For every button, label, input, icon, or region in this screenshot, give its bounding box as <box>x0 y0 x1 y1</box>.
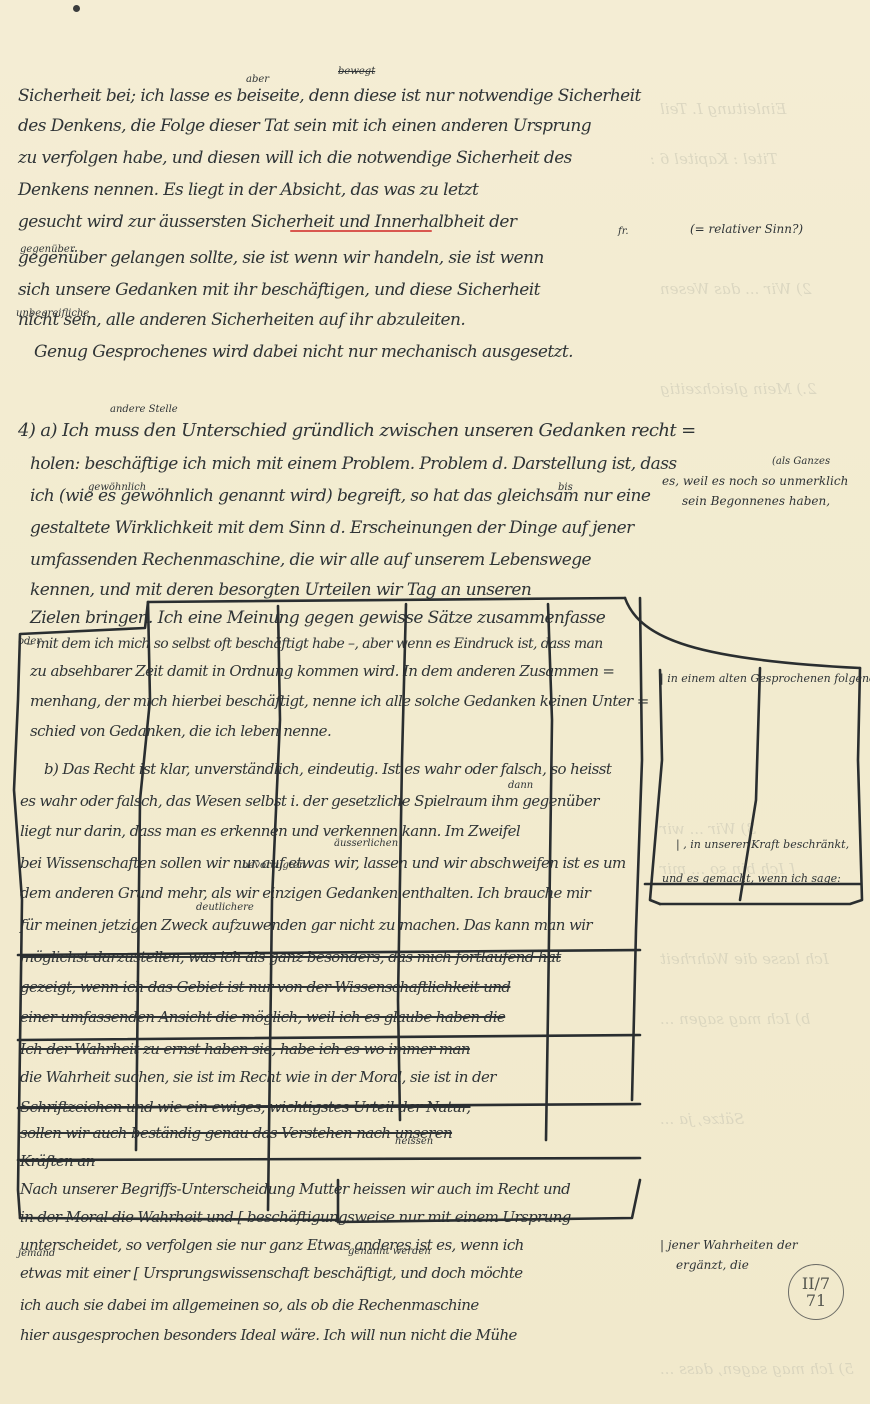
manuscript-line: bei Wissenschaften sollen wir nur auf et… <box>20 854 626 872</box>
manuscript-line-struck: möglichst darzustellen, was ich als ganz… <box>20 948 561 966</box>
manuscript-line: dem anderen Grund mehr, als wir einzigen… <box>20 884 590 902</box>
insertion-deutlichere: deutlichere <box>196 902 254 913</box>
manuscript-line-struck: Ich der Wahrheit zu ernst haben sie, hab… <box>20 1040 470 1058</box>
margin-note: | in einem alten Gesprochenen folgend <box>660 672 870 685</box>
bleed-through-text: Ich lasse die Wahrheit <box>660 950 829 968</box>
manuscript-line: nicht sein, alle anderen Sicherheiten au… <box>18 310 465 330</box>
bleed-through-text: Titel : Kapitel 6 : <box>650 150 777 168</box>
manuscript-line: holen: beschäftige ich mich mit einem Pr… <box>30 454 676 474</box>
margin-note: ergänzt, die <box>676 1258 749 1272</box>
manuscript-line-struck: sollen wir auch beständig genau das Vers… <box>20 1124 452 1142</box>
manuscript-line: des Denkens, die Folge dieser Tat sein m… <box>18 116 591 136</box>
margin-note: (= relativer Sinn?) <box>690 222 803 236</box>
ink-dot <box>73 5 80 12</box>
bleed-through-text: 2) Wir ... das Wesen <box>660 280 811 298</box>
manuscript-page: Einleitung I. Teil Titel : Kapitel 6 : 2… <box>0 0 870 1404</box>
manuscript-line: unterscheidet, so verfolgen sie nur ganz… <box>20 1236 524 1254</box>
manuscript-line: Zielen bringen. Ich eine Meinung gegen g… <box>30 608 605 628</box>
manuscript-line-struck: gezeigt, wenn ich das Gebiet ist nur von… <box>20 978 510 996</box>
insertion-aber: aber <box>246 74 269 85</box>
bleed-through-text: 3) Wir ... wir <box>660 820 756 838</box>
manuscript-line: Denkens nennen. Es liegt in der Absicht,… <box>18 180 478 200</box>
insertion-andere-stelle: andere Stelle <box>110 404 178 415</box>
bleed-through-text: Sätze, ja ... <box>660 1110 744 1128</box>
manuscript-line: sich unsere Gedanken mit ihr beschäftige… <box>18 280 540 300</box>
manuscript-line: Genug Gesprochenes wird dabei nicht nur … <box>34 342 573 362</box>
manuscript-line: gesucht wird zur äussersten Sicherheit u… <box>18 212 516 232</box>
manuscript-line-struck: Schriftzeichen und wie ein ewiges, wicht… <box>20 1098 470 1116</box>
manuscript-line: 4) a) Ich muss den Unterschied gründlich… <box>18 420 696 441</box>
manuscript-line-struck: einer umfassenden Ansicht die möglich, w… <box>20 1008 505 1026</box>
manuscript-line: b) Das Recht ist klar, unverständlich, e… <box>44 760 611 778</box>
insertion-fr: fr. <box>618 226 629 237</box>
bleed-through-text: 2.) Mein gleichzeitig <box>660 380 817 398</box>
manuscript-line: die Wahrheit suchen, sie ist im Recht wi… <box>20 1068 496 1086</box>
manuscript-line-struck: Kräften an <box>20 1152 95 1170</box>
manuscript-line: gestaltete Wirklichkeit mit dem Sinn d. … <box>30 518 634 538</box>
manuscript-line: umfassenden Rechenmaschine, die wir alle… <box>30 550 591 570</box>
archive-page-stamp: II/7 71 <box>788 1264 844 1320</box>
insertion-dann: dann <box>508 780 533 791</box>
manuscript-line: Sicherheit bei; ich lasse es beiseite, d… <box>18 86 641 106</box>
stamp-line-2: 71 <box>806 1292 826 1309</box>
manuscript-line: zu verfolgen habe, und diesen will ich d… <box>18 148 572 168</box>
manuscript-line: für meinen jetzigen Zweck aufzuwenden ga… <box>20 916 592 934</box>
manuscript-line: liegt nur darin, dass man es erkennen un… <box>20 822 520 840</box>
manuscript-line: gegenüber gelangen sollte, sie ist wenn … <box>18 248 544 268</box>
manuscript-line: in der Moral die Wahrheit und [ beschäft… <box>20 1208 571 1226</box>
manuscript-line: schied von Gedanken, die ich leben nenne… <box>30 722 331 740</box>
manuscript-line: etwas mit einer [ Ursprungswissenschaft … <box>20 1264 523 1282</box>
bleed-through-text: Einleitung I. Teil <box>660 100 786 118</box>
manuscript-line: ich auch sie dabei im allgemeinen so, al… <box>20 1296 479 1314</box>
manuscript-line: ich (wie es gewöhnlich genannt wird) beg… <box>30 486 650 506</box>
margin-note: sein Begonnenes haben, <box>682 494 830 508</box>
manuscript-line: hier ausgesprochen besonders Ideal wäre.… <box>20 1326 517 1344</box>
margin-note: | jener Wahrheiten der <box>660 1238 798 1252</box>
bleed-through-text: 5) Ich mag sagen, dass ... <box>660 1360 854 1378</box>
stamp-line-1: II/7 <box>802 1275 830 1292</box>
red-pencil-underline <box>290 230 432 232</box>
margin-note: und es gemacht, wenn ich sage: <box>662 872 841 885</box>
manuscript-line: es wahr oder falsch, das Wesen selbst i.… <box>20 792 599 810</box>
insertion-struck: bewegt <box>338 66 375 77</box>
margin-note: (als Ganzes <box>772 456 830 467</box>
manuscript-line: menhang, der mich hierbei beschäftigt, n… <box>30 692 649 710</box>
manuscript-line: Nach unserer Begriffs-Unterscheidung Mut… <box>20 1180 570 1198</box>
manuscript-line: – mit dem ich mich so selbst oft beschäf… <box>26 636 603 652</box>
manuscript-line: kennen, und mit deren besorgten Urteilen… <box>30 580 531 600</box>
margin-note: | , in unserer Kraft beschränkt, <box>676 838 849 851</box>
margin-note: es, weil es noch so unmerklich <box>662 474 848 488</box>
manuscript-line: zu absehbarer Zeit damit in Ordnung komm… <box>30 662 614 680</box>
bleed-through-text: b) Ich mag sagen ... <box>660 1010 810 1028</box>
